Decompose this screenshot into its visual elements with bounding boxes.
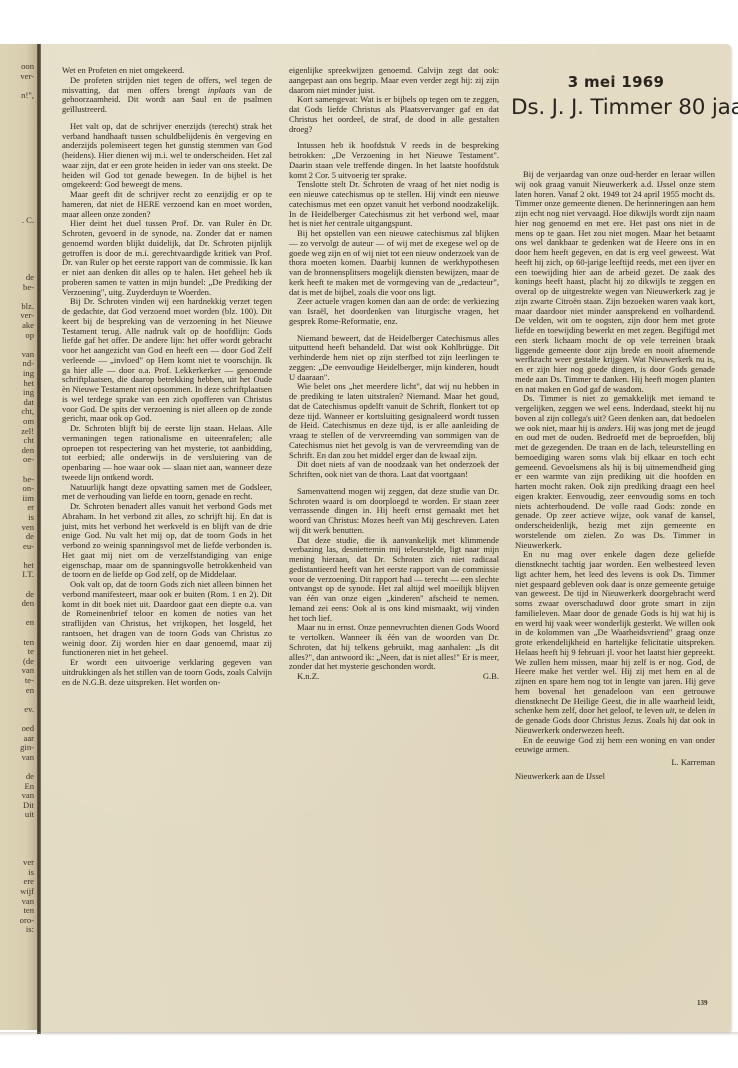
signoff-author-initials: G.B. [475,672,499,682]
article-column-2: eigenlijke spreekwijzen genoemd. Calvijn… [289,66,499,682]
article-date-heading: 3 mei 1969 [511,73,721,91]
article-paragraph: Bij Dr. Schroten vinden wij een hardnekk… [62,297,272,424]
previous-page-fragment [0,830,34,840]
previous-page-fragment: eu- [0,542,34,552]
previous-page-fragment [0,187,34,197]
article-paragraph: Er wordt een uitvoerige verklaring gegev… [62,658,272,687]
previous-page-fragment [0,120,34,130]
article-column-3: Bij de verjaardag van onze oud-herder en… [515,170,715,782]
previous-page-fragment [0,158,34,168]
article-paragraph: Natuurlijk hangt deze opvatting samen me… [62,483,272,503]
previous-page-fragment [0,820,34,830]
article-paragraph: Maar nu in ernst. Onze pennevruchten die… [289,623,499,672]
previous-page-fragment: n!", [0,91,34,101]
previous-page-fragment [0,139,34,149]
article-paragraph: En de eeuwige God zij hem een woning en … [515,736,715,756]
previous-page-fragment [0,148,34,158]
article-paragraph: Dr. Schroten benadert alles vanuit het v… [62,502,272,580]
signoff-initials: K.n.Z. [289,672,319,682]
previous-page-fragment: oe- [0,455,34,465]
article-paragraph: Ds. Timmer is niet zo gemakkelijk met ie… [515,394,715,550]
previous-page-fragment [0,177,34,187]
article-paragraph: Maar geeft dit de schrijver recht zo een… [62,190,272,219]
page-bottom-shadow [0,1032,738,1036]
previous-page-fragment [0,129,34,139]
article-signoff: K.n.Z.G.B. [289,672,499,682]
article-column-1: Wet en Profeten en niet omgekeerd.De pro… [62,66,272,687]
previous-page-edge: oonver-n!",. C.debe-blz.ver-akeopvannd-i… [0,44,38,1030]
article-paragraph: Dr. Schroten blijft bij de eerste lijn s… [62,424,272,483]
article-paragraph: Wie belet ons „het meerdere licht", dat … [289,382,499,460]
previous-page-fragment: en [0,686,34,696]
article-place: Nieuwerkerk aan de IJssel [515,772,715,782]
previous-page-fragment: . C. [0,216,34,226]
previous-page-fragment: op [0,331,34,341]
article-title: Ds. J. J. Timmer 80 jaar [511,95,721,120]
article-paragraph: Dat deze studie, die ik aanvankelijk met… [289,536,499,624]
previous-page-fragment [0,196,34,206]
article-paragraph: Tenslotte stelt Dr. Schroten de vraag of… [289,180,499,229]
previous-page-fragment: be- [0,283,34,293]
magazine-page: Wet en Profeten en niet omgekeerd.De pro… [41,44,731,1032]
article-paragraph: De profeten strijden niet tegen de offer… [62,76,272,115]
article-paragraph: Kort samengevat: Wat is er bijbels op te… [289,95,499,134]
page-number: 139 [697,999,708,1007]
article-paragraph: Ook valt op, dat de toorn Gods zich niet… [62,580,272,658]
previous-page-fragment: ev. [0,705,34,715]
previous-page-text-fragments: oonver-n!",. C.debe-blz.ver-akeopvannd-i… [0,62,34,935]
previous-page-fragment: uit [0,810,34,820]
previous-page-fragment: I.T. [0,570,34,580]
article-paragraph: Samenvattend mogen wij zeggen, dat deze … [289,487,499,536]
previous-page-fragment [0,168,34,178]
previous-page-fragment: ver- [0,72,34,82]
previous-page-fragment [0,235,34,245]
article-paragraph: Dit doet niets af van de noodzaak van he… [289,460,499,480]
article-paragraph: En nu mag over enkele dagen deze geliefd… [515,550,715,735]
article-paragraph: Zeer actuele vragen komen dan aan de ord… [289,297,499,326]
article-paragraph: Niemand beweert, dat de Heidelberger Cat… [289,334,499,383]
article-author: L. Karreman [515,758,715,768]
previous-page-fragment [0,254,34,264]
article-paragraph: Intussen heb ik hoofdstuk V reeds in de … [289,141,499,180]
article-paragraph: Hier deint het duel tussen Prof. Dr. van… [62,219,272,297]
article-paragraph: Het valt op, dat de schrijver enerzijds … [62,122,272,190]
previous-page-fragment [0,225,34,235]
previous-page-fragment: is: [0,925,34,935]
previous-page-fragment: van [0,753,34,763]
previous-page-fragment [0,839,34,849]
previous-page-fragment [0,100,34,110]
previous-page-fragment [0,244,34,254]
previous-page-fragment: den [0,599,34,609]
article-paragraph: Bij het opstellen van een nieuwe catechi… [289,229,499,297]
article-paragraph: eigenlijke spreekwijzen genoemd. Calvijn… [289,66,499,95]
article-paragraph: Bij de verjaardag van onze oud-herder en… [515,170,715,394]
previous-page-fragment: en [0,618,34,628]
previous-page-fragment [0,110,34,120]
